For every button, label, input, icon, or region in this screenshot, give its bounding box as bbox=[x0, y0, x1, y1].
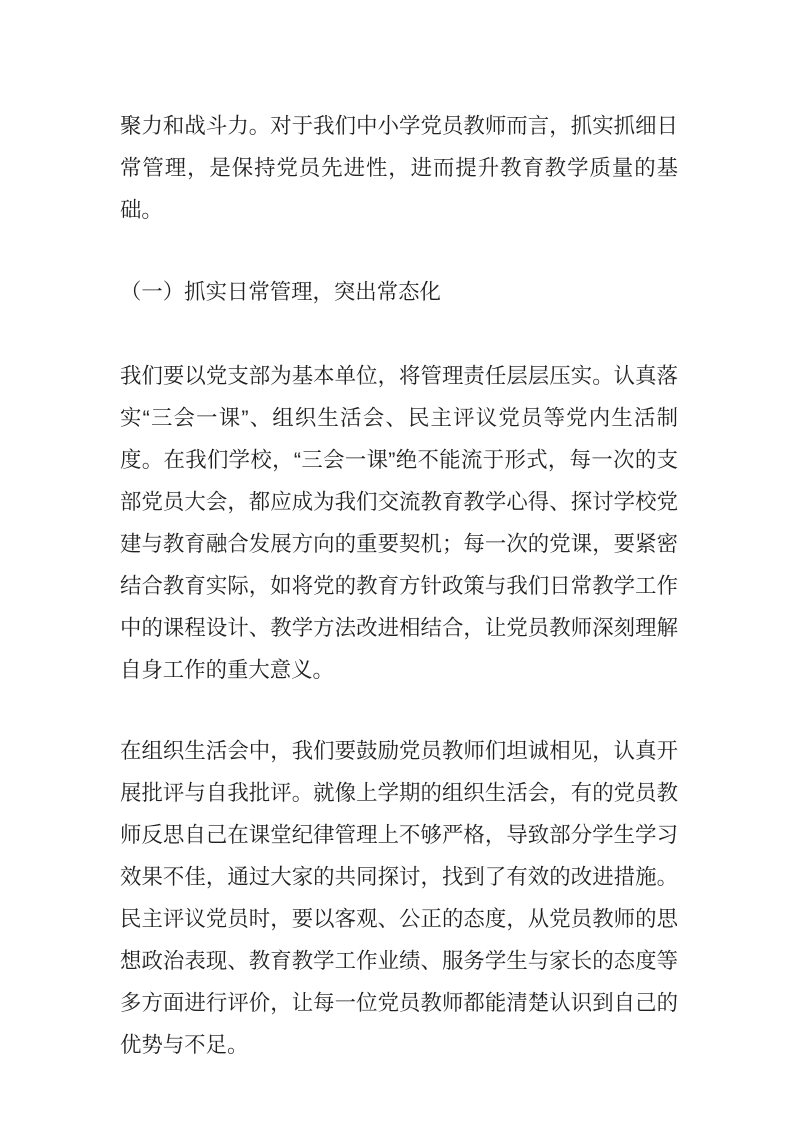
document-page: 聚力和战斗力。对于我们中小学党员教师而言，抓实抓细日常管理，是保持党员先进性，进… bbox=[0, 0, 793, 1122]
intro-paragraph: 聚力和战斗力。对于我们中小学党员教师而言，抓实抓细日常管理，是保持党员先进性，进… bbox=[120, 105, 678, 231]
body-paragraph-2: 在组织生活会中，我们要鼓励党员教师们坦诚相见，认真开展批评与自我批评。就像上学期… bbox=[120, 730, 678, 1066]
body-paragraph-1: 我们要以党支部为基本单位，将管理责任层层压实。认真落实“三会一课”、组织生活会、… bbox=[120, 355, 678, 691]
section-heading: （一）抓实日常管理，突出常态化 bbox=[120, 271, 678, 313]
